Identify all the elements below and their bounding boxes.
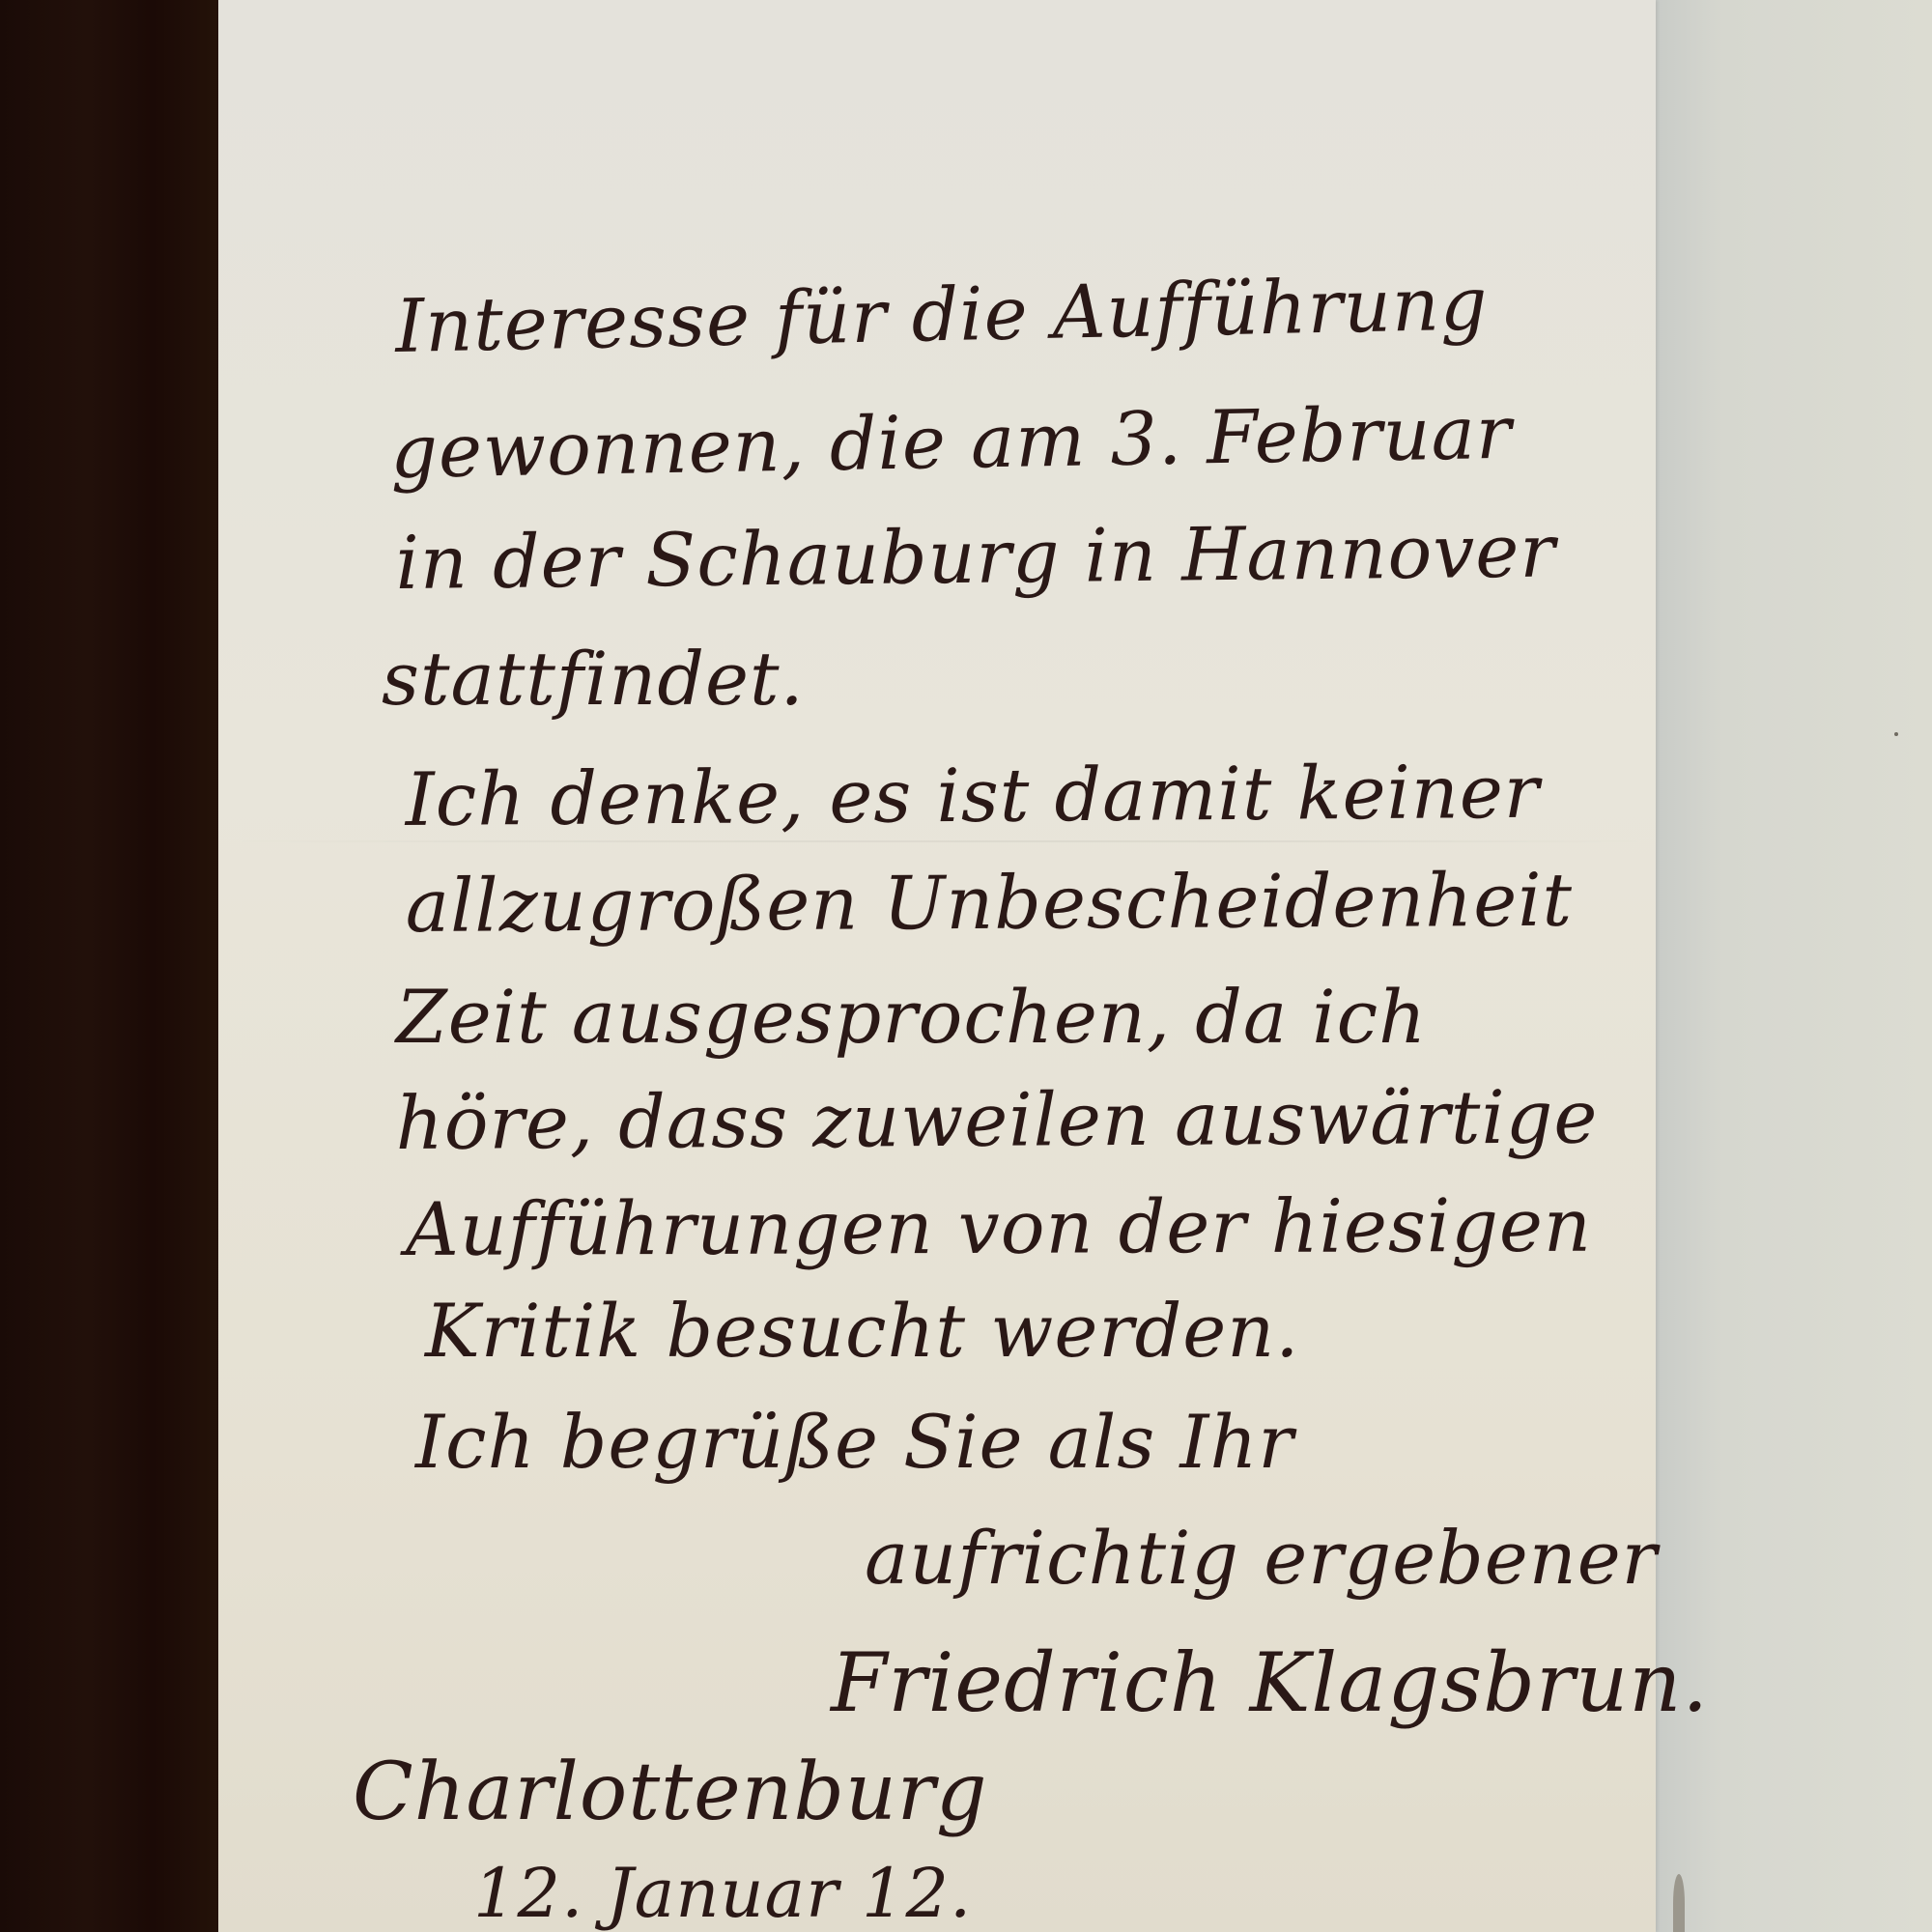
- letter-line-2: gewonnen, die am 3. Februar: [390, 396, 1513, 489]
- letter-date: 12. Januar 12.: [473, 1860, 972, 1927]
- letter-line-3: in der Schauburg in Hannover: [395, 514, 1556, 600]
- letter-line-4: stattfindet.: [382, 642, 805, 716]
- letter-line-11: Ich begrüße Sie als Ihr: [415, 1406, 1294, 1479]
- letter-line-8: höre, dass zuweilen auswärtige: [396, 1080, 1599, 1160]
- letter-line-9: Aufführungen von der hiesigen: [406, 1189, 1592, 1266]
- letter-line-7: Zeit ausgesprochen, da ich: [396, 980, 1427, 1054]
- paper-edge-tear: [1673, 1874, 1685, 1932]
- letter-line-10: Kritik besucht werden.: [425, 1294, 1299, 1368]
- letter-closing: aufrichtig ergebener: [865, 1521, 1658, 1595]
- letter-signature: Friedrich Klagsbrun.: [831, 1642, 1709, 1723]
- letter-line-5: Ich denke, es ist damit keiner: [405, 755, 1540, 837]
- wooden-table-surface: [0, 0, 218, 1932]
- letter-line-1: Interesse für die Aufführung: [394, 267, 1489, 363]
- dust-speck: [1894, 732, 1898, 736]
- letter-place: Charlottenburg: [353, 1753, 987, 1833]
- letter-line-6: allzugroßen Unbescheidenheit: [406, 864, 1574, 943]
